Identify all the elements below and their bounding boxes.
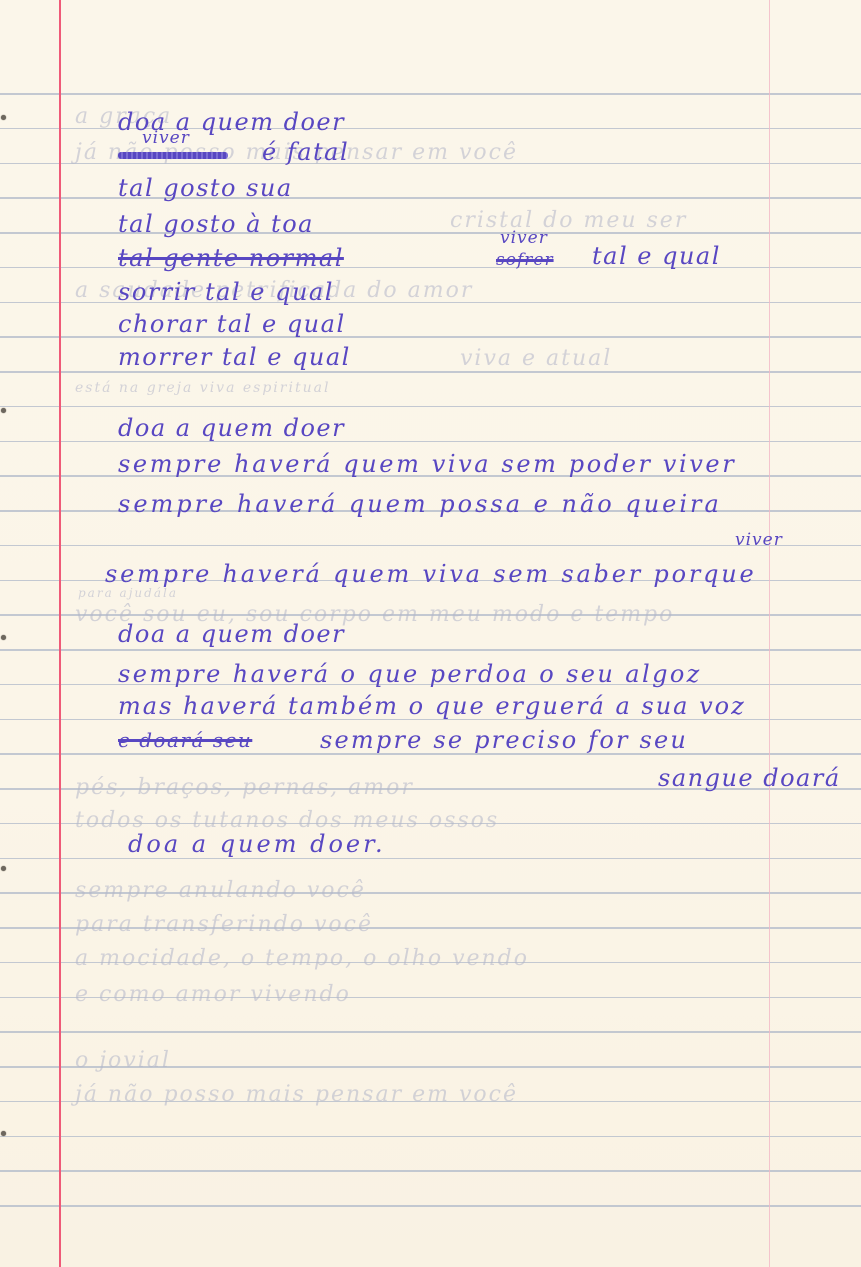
ruled-line [0, 649, 861, 651]
bleed-through-text: para ajudála [78, 586, 178, 600]
handwritten-insertion: viver [735, 530, 783, 550]
handwritten-line: sempre se preciso for seu [320, 726, 688, 754]
bleed-through-text: sempre anulando você [75, 878, 366, 903]
handwritten-line: sangue doará [658, 764, 841, 792]
binder-hole [1, 635, 6, 640]
binder-hole [1, 115, 6, 120]
ruled-line [0, 545, 861, 547]
ruled-line [0, 1205, 861, 1207]
struck-out-text: e doará seu [118, 728, 252, 752]
handwritten-line: sempre haverá quem possa e não queira [118, 490, 722, 518]
struck-out-text: tal gente normal [118, 244, 344, 272]
bleed-through-text: viva e atual [460, 346, 612, 371]
handwritten-line: sempre haverá quem viva sem poder viver [118, 450, 736, 478]
handwritten-line: é fatal [262, 138, 349, 166]
handwritten-line: doa a quem doer [118, 620, 345, 648]
handwritten-line: mas haverá também o que erguerá a sua vo… [118, 692, 746, 720]
ruled-line [0, 1170, 861, 1172]
handwritten-line: chorar tal e qual [118, 310, 346, 338]
ruled-line [0, 371, 861, 373]
bleed-through-text: já não posso mais pensar em você [75, 1082, 518, 1107]
binder-hole [1, 408, 6, 413]
handwritten-line: tal gosto sua [118, 174, 293, 202]
handwritten-line: sempre haverá quem viva sem saber porque [105, 560, 757, 588]
bleed-through-text: e como amor vivendo [75, 982, 351, 1007]
bleed-through-text: cristal do meu ser [450, 208, 687, 233]
right-margin-line [769, 0, 770, 1267]
binder-hole [1, 866, 6, 871]
bleed-through-text: está na greja viva espiritual [75, 380, 330, 396]
bleed-through-text: o jovial [75, 1048, 171, 1073]
handwritten-line: doa a quem doer [118, 414, 345, 442]
ruled-line [0, 1136, 861, 1138]
handwritten-line: tal e qual [592, 242, 721, 270]
ruled-line [0, 93, 861, 95]
ruled-line [0, 406, 861, 408]
handwritten-insertion: viver [500, 228, 548, 248]
struck-out-text: sofrer [496, 250, 554, 270]
notebook-page: a graça já não posso mais pensar em você… [0, 0, 861, 1267]
handwritten-line: doa a quem doer. [128, 830, 386, 858]
handwritten-line: morrer tal e qual [118, 343, 351, 371]
handwritten-insertion: viver [142, 128, 190, 148]
bleed-through-text: para transferindo você [75, 912, 373, 937]
left-margin-line [59, 0, 61, 1267]
binder-hole [1, 1131, 6, 1136]
handwritten-line: sempre haverá o que perdoa o seu algoz [118, 660, 702, 688]
bleed-through-text: pés, braços, pernas, amor [75, 775, 414, 800]
handwritten-line: sorrir tal e qual [118, 278, 334, 306]
ruled-line [0, 1031, 861, 1033]
bleed-through-text: a mocidade, o tempo, o olho vendo [75, 946, 529, 971]
handwritten-line: tal gosto à toa [118, 210, 314, 238]
scribbled-out-word [118, 152, 228, 159]
